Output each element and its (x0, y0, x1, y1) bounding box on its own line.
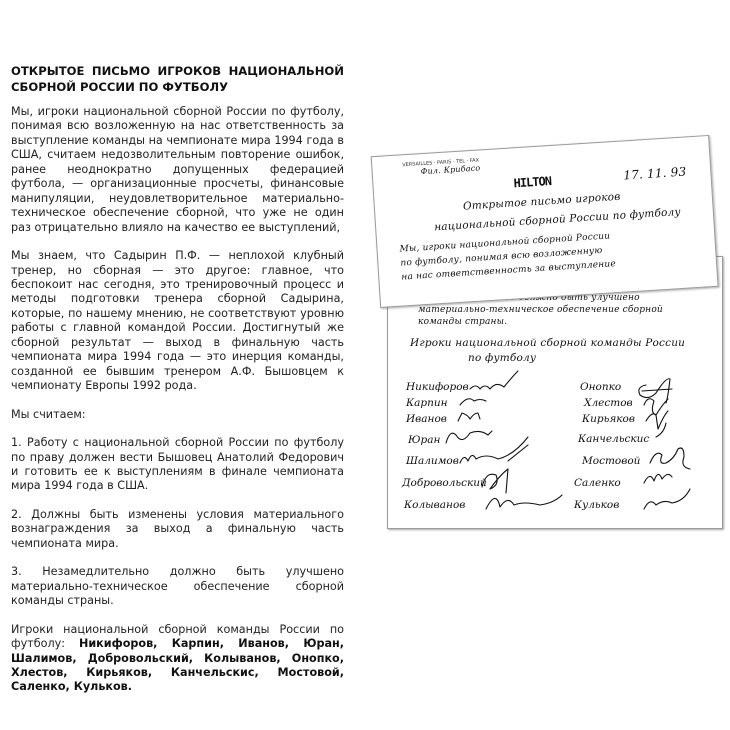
handwritten-line: команды страны. (418, 317, 507, 327)
signature-name: Колыванов (404, 499, 465, 511)
handwritten-players-heading: по футболу (468, 352, 536, 364)
signature-name: Кирьяков (582, 413, 635, 425)
signature-name: Карпин (406, 397, 448, 409)
handwritten-line: материально-техническое обеспечение сбор… (418, 305, 663, 315)
handwritten-players-heading: Игроки национальной сборной команды Росс… (410, 337, 685, 349)
handwritten-line: по футболу, понимая всю возложенную (400, 246, 603, 269)
demand-3: 3. Незамедлительно должно быть улучшено … (11, 565, 344, 608)
letter-page-2: Незамедлительно должно быть улучшено мат… (387, 256, 723, 529)
handwritten-line: Открытое письмо игроков (463, 191, 621, 213)
paragraph-we-consider: Мы считаем: (11, 408, 344, 422)
demand-1: 1. Работу с национальной сборной России … (11, 436, 344, 494)
signature-name: Онопко (580, 381, 621, 393)
handwritten-line: Мы, игроки национальной сборной России (399, 231, 610, 254)
letter-page-1: VERSAILLES · PARIS · TEL · FAX Фил. Криб… (371, 135, 719, 308)
signature-name: Канчельскис (578, 433, 649, 445)
handwritten-line: Незамедлительно должно быть улучшено (423, 293, 640, 303)
hilton-logo: HILTON (513, 174, 551, 190)
signature-name: Добровольский (402, 477, 487, 489)
handwritten-line: на нас ответственность за выступление (401, 259, 616, 282)
players-paragraph: Игроки национальной сборной команды Росс… (11, 623, 344, 695)
signature-name: Юран (408, 434, 440, 446)
article-title: ОТКРЫТОЕ ПИСЬМО ИГРОКОВ НАЦИОНАЛЬНОЙ СБО… (11, 63, 344, 95)
signature-name: Никифоров (406, 381, 469, 393)
signature-name: Иванов (406, 413, 447, 425)
paragraph-sadyrin: Мы знаем, что Садырин П.Ф. — неплохой кл… (11, 249, 344, 394)
signature-name: Кульков (574, 499, 619, 511)
signature-name: Мостовой (582, 455, 640, 467)
letterhead-address: VERSAILLES · PARIS · TEL · FAX (402, 157, 479, 168)
signature-scribbles (388, 257, 722, 528)
signature-name: Шалимов (406, 455, 459, 467)
signature-name: Саленко (574, 477, 621, 489)
article-text: ОТКРЫТОЕ ПИСЬМО ИГРОКОВ НАЦИОНАЛЬНОЙ СБО… (11, 63, 344, 709)
letter-date: 17. 11. 93 (623, 165, 687, 183)
letterhead-handwritten-note: Фил. Крибасо (420, 163, 480, 176)
demand-2: 2. Должны быть изменены условия материал… (11, 508, 344, 551)
handwritten-line: национальной сборной России по футболу (434, 206, 681, 233)
signature-name: Хлестов (584, 397, 633, 409)
paragraph-intro: Мы, игроки национальной сборной России п… (11, 105, 344, 235)
